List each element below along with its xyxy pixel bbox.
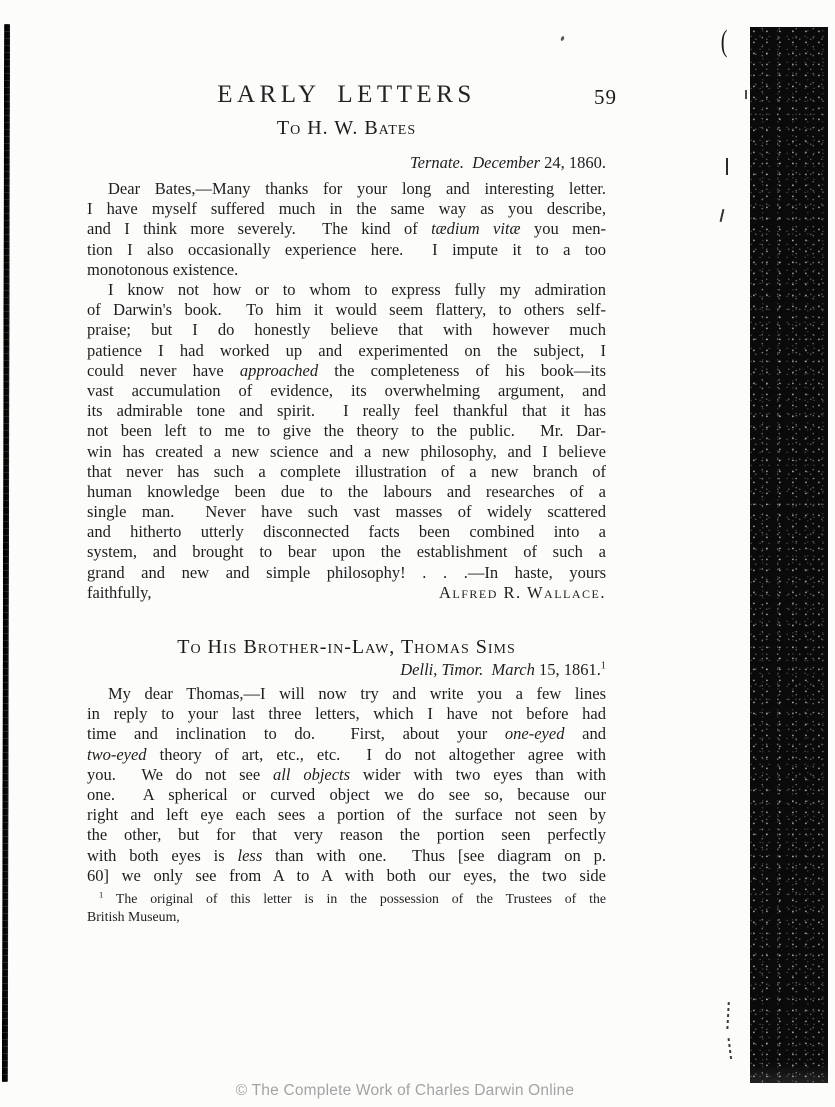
paragraph-lines: I know not how or to whom to express ful…: [87, 280, 606, 583]
text-line: My dear Thomas,—I will now try and write…: [87, 684, 606, 704]
text-line: one. A spherical or curved object we do …: [87, 785, 606, 805]
footnote: 1 The original of this letter is in the …: [87, 890, 606, 925]
text-line: vast accumulation of evidence, its overw…: [87, 381, 606, 401]
signature: Alfred R. Wallace.: [439, 583, 606, 603]
text-line: I have myself suffered much in the same …: [87, 199, 606, 219]
text-line: 60] we only see from A to A with both ou…: [87, 866, 606, 886]
text-line: you. We do not see all objects wider wit…: [87, 765, 606, 785]
letter-paragraph: My dear Thomas,—I will now try and write…: [87, 684, 606, 886]
text-line: system, and brought to bear upon the est…: [87, 542, 606, 562]
text-line: grand and new and simple philosophy! . .…: [87, 563, 606, 583]
letter-closing: faithfully, Alfred R. Wallace.: [87, 583, 606, 603]
text-line: two-eyed theory of art, etc., etc. I do …: [87, 745, 606, 765]
letter-heading-bates: To H. W. Bates: [87, 117, 606, 140]
text-line: single man. Never have such vast masses …: [87, 502, 606, 522]
text-line: I know not how or to whom to express ful…: [87, 280, 606, 300]
scan-binding-strip: [2, 24, 10, 1082]
letter-dateline-bates: Ternate. December 24, 1860.: [87, 153, 606, 173]
text-line: British Museum,: [87, 908, 606, 926]
page-number: 59: [594, 85, 617, 110]
text-line: win has created a new science and a new …: [87, 442, 606, 462]
scan-artifact-dash: [728, 1038, 733, 1062]
text-line: of Darwin's book. To him it would seem f…: [87, 300, 606, 320]
letter-paragraph: Dear Bates,—Many thanks for your long an…: [87, 179, 606, 280]
closing-word: faithfully,: [87, 583, 151, 603]
text-line: 1 The original of this letter is in the …: [87, 890, 606, 908]
text-line: monotonous existence.: [87, 260, 606, 280]
letter-heading-sims: To His Brother-in-Law, Thomas Sims: [87, 636, 606, 659]
text-line: tion I also occasionally experience here…: [87, 240, 606, 260]
letter-paragraph: I know not how or to whom to express ful…: [87, 280, 606, 603]
scanned-book-page: ( EARLY LETTERS 59 To H. W. Bates Ternat…: [0, 0, 835, 1107]
text-line: with both eyes is less than with one. Th…: [87, 846, 606, 866]
scan-artifact-slash: [720, 209, 725, 222]
running-header: EARLY LETTERS 59: [87, 81, 606, 113]
text-line: the other, but for that very reason the …: [87, 825, 606, 845]
scan-artifact-dash: [726, 1002, 730, 1032]
text-line: its admirable tone and spirit. I really …: [87, 401, 606, 421]
page-title: EARLY LETTERS: [87, 81, 606, 109]
text-line: patience I had worked up and experimente…: [87, 341, 606, 361]
text-line: Dear Bates,—Many thanks for your long an…: [87, 179, 606, 199]
scan-artifact-paren: (: [721, 23, 728, 59]
watermark-caption: © The Complete Work of Charles Darwin On…: [0, 1082, 810, 1100]
letter-dateline-sims: Delli, Timor. March 15, 1861.1: [87, 660, 606, 680]
text-line: praise; but I do honestly believe that w…: [87, 320, 606, 340]
scan-artifact-bar: [726, 158, 728, 175]
text-line: could never have approached the complete…: [87, 361, 606, 381]
scan-edge-bar: [750, 27, 828, 1083]
text-line: human knowledge been due to the labours …: [87, 482, 606, 502]
text-line: right and left eye each sees a portion o…: [87, 805, 606, 825]
scan-artifact-tick: [745, 90, 747, 99]
text-line: and I think more severely. The kind of t…: [87, 219, 606, 239]
text-line: and hitherto utterly disconnected facts …: [87, 522, 606, 542]
text-line: in reply to your last three letters, whi…: [87, 704, 606, 724]
text-line: time and inclination to do. First, about…: [87, 724, 606, 744]
text-line: not been left to me to give the theory t…: [87, 421, 606, 441]
text-column: EARLY LETTERS 59 To H. W. Bates Ternate.…: [87, 0, 606, 1107]
text-line: that never has such a complete illustrat…: [87, 462, 606, 482]
